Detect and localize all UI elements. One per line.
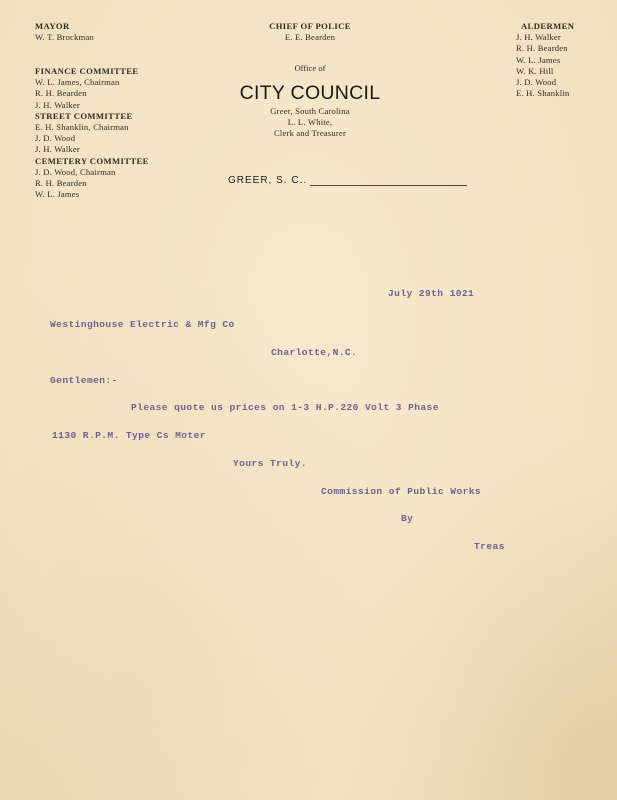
alderman: J. D. Wood [516, 77, 574, 88]
date-underline [310, 185, 467, 186]
cemetery-member: W. L. James [35, 189, 149, 200]
letter-recipient-city: Charlotte,N.C. [271, 347, 357, 358]
office-of-label: Office of [230, 63, 390, 73]
org-title: CITY COUNCIL [220, 82, 400, 104]
mayor-heading: MAYOR [35, 21, 94, 32]
letter-closing: Yours Truly. [233, 458, 307, 469]
committees-block: FINANCE COMMITTEE W. L. James, Chairman … [35, 66, 149, 200]
street-member: E. H. Shanklin, Chairman [35, 122, 149, 133]
org-location: Greer, South Carolina [230, 106, 390, 117]
cemetery-committee-heading: CEMETERY COMMITTEE [35, 156, 149, 167]
alderman: W. L. James [516, 55, 574, 66]
letter-date: July 29th 1021 [388, 288, 474, 299]
chief-of-police-name: E. E. Bearden [230, 32, 390, 43]
org-details: Greer, South Carolina L. L. White, Clerk… [230, 106, 390, 140]
letter-body-line-2: 1130 R.P.M. Type Cs Moter [52, 430, 206, 441]
street-committee-heading: STREET COMMITTEE [35, 111, 149, 122]
finance-committee-heading: FINANCE COMMITTEE [35, 66, 149, 77]
signature-by: By [401, 513, 413, 524]
letter-body-line-1: Please quote us prices on 1-3 H.P.220 Vo… [131, 402, 439, 413]
cemetery-member: J. D. Wood, Chairman [35, 167, 149, 178]
alderman: J. H. Walker [516, 32, 574, 43]
chief-of-police-heading: CHIEF OF POLICE [230, 21, 390, 32]
letter-recipient: Westinghouse Electric & Mfg Co [50, 319, 235, 330]
letter-salutation: Gentlemen:- [50, 375, 118, 386]
alderman: W. K. Hill [516, 66, 574, 77]
street-member: J. D. Wood [35, 133, 149, 144]
clerk-name: L. L. White, [230, 117, 390, 128]
finance-member: R. H. Bearden [35, 88, 149, 99]
place-label: GREER, S. C.. [228, 175, 307, 186]
mayor-block: MAYOR W. T. Brockman [35, 21, 94, 43]
finance-member: W. L. James, Chairman [35, 77, 149, 88]
aldermen-heading: ALDERMEN [516, 21, 574, 32]
cemetery-member: R. H. Bearden [35, 178, 149, 189]
alderman: R. H. Bearden [516, 43, 574, 54]
alderman: E. H. Shanklin [516, 88, 574, 99]
street-member: J. H. Walker [35, 144, 149, 155]
chief-of-police-block: CHIEF OF POLICE E. E. Bearden [230, 21, 390, 43]
signature-organization: Commission of Public Works [321, 486, 481, 497]
mayor-name: W. T. Brockman [35, 32, 94, 43]
signature-title: Treas [474, 541, 505, 552]
aldermen-block: ALDERMEN J. H. Walker R. H. Bearden W. L… [516, 21, 574, 99]
clerk-title: Clerk and Treasurer [230, 128, 390, 139]
finance-member: J. H. Walker [35, 100, 149, 111]
